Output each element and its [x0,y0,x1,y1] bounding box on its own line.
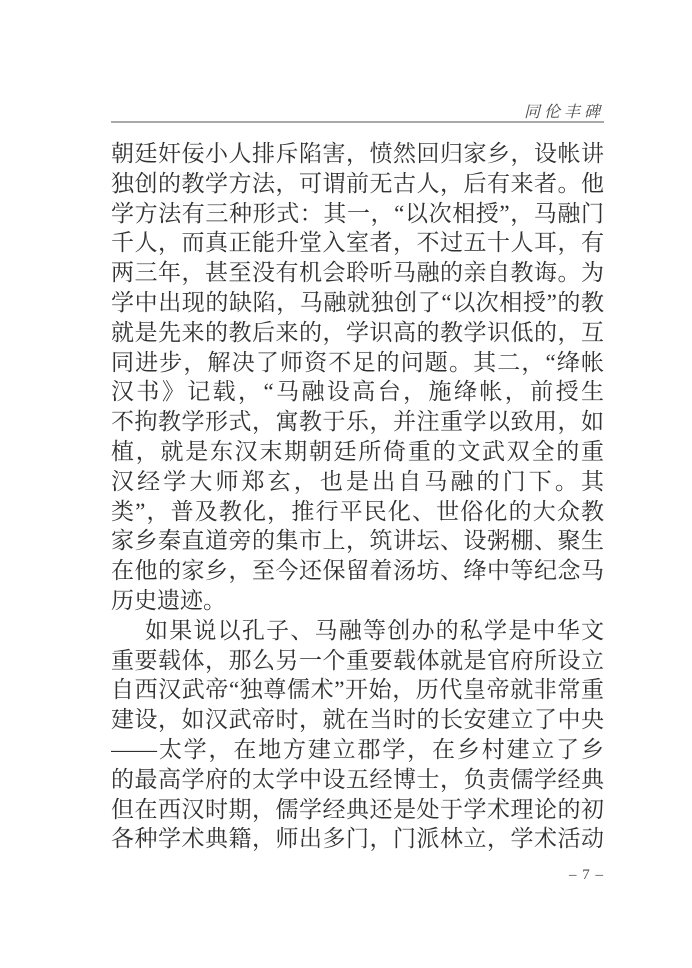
text-line: 同进步，解决了师资不足的问题。其二，“绛帐传薪”，《后 [111,348,604,378]
text-line: 的最高学府的太学中设五经博士，负责儒学经典的教学。 [111,765,604,795]
text-line: 独创的教学方法，可谓前无古人，后有来者。他主要的教 [111,169,604,199]
text-line: 就是先来的教后来的，学识高的教学识低的，互帮互学，共 [111,318,604,348]
text-line: 如果说以孔子、马融等创办的私学是中华文化传播的 [111,616,604,646]
text-line: 建设，如汉武帝时，就在当时的长安建立了中央最高学府 [111,705,604,735]
text-line: 学中出现的缺陷，马融就独创了“以次相授”的教学方法， [111,288,604,318]
text-line: 学方法有三种形式：其一，“以次相授”，马融门下常聚生徒 [111,199,604,229]
text-line: 朝廷奸佞小人排斥陷害，愤然回归家乡，设帐讲学。马融 [111,139,604,169]
text-line: 重要载体，那么另一个重要载体就是官府所设立的官学。 [111,646,604,676]
page-number: – 7 – [111,867,604,884]
text-line: 千人，而真正能升堂入室者，不过五十人耳，有的生徒从学 [111,228,604,258]
text-line: 家乡秦直道旁的集市上，筑讲坛、设粥棚、聚生民、传教化， [111,526,604,556]
running-head: 同伦丰碑 [111,99,604,122]
paragraph: 朝廷奸佞小人排斥陷害，愤然回归家乡，设帐讲学。马融独创的教学方法，可谓前无古人，… [111,139,604,616]
paragraph: 如果说以孔子、马融等创办的私学是中华文化传播的重要载体，那么另一个重要载体就是官… [111,616,604,854]
text-line: 两三年，甚至没有机会聆听马融的亲自教诲。为了弥补教 [111,258,604,288]
text-line: 植，就是东汉末期朝廷所倚重的文武双全的重臣，再如东 [111,437,604,467]
text-line: 在他的家乡，至今还保留着汤坊、绛中等纪念马融讲学的 [111,556,604,586]
text-line: 不拘教学形式，寓教于乐，并注重学以致用，如他的弟子卢 [111,407,604,437]
text-line: 汉书》记载，“马融设高台，施绛帐，前授生徒，后陈女乐”， [111,377,604,407]
text-line: 历史遗迹。 [111,586,604,616]
text-block: 朝廷奸佞小人排斥陷害，愤然回归家乡，设帐讲学。马融独创的教学方法，可谓前无古人，… [111,139,604,854]
text-line: ——太学，在地方建立郡学，在乡村建立了乡校，并在朝廷 [111,735,604,765]
header-rule-divider [111,121,604,123]
text-line: 类”，普及教化，推行平民化、世俗化的大众教育。他曾在 [111,497,604,527]
text-line: 各种学术典籍，师出多门，门派林立，学术活动大都出于各 [111,824,604,854]
text-line: 但在西汉时期，儒学经典还是处于学术理论的初级阶段， [111,795,604,825]
book-page: 同伦丰碑 朝廷奸佞小人排斥陷害，愤然回归家乡，设帐讲学。马融独创的教学方法，可谓… [0,0,692,968]
text-line: 汉经学大师郑玄，也是出自马融的门下。其三，“有教无 [111,467,604,497]
text-line: 自西汉武帝“独尊儒术”开始，历代皇帝就非常重视官学的 [111,675,604,705]
